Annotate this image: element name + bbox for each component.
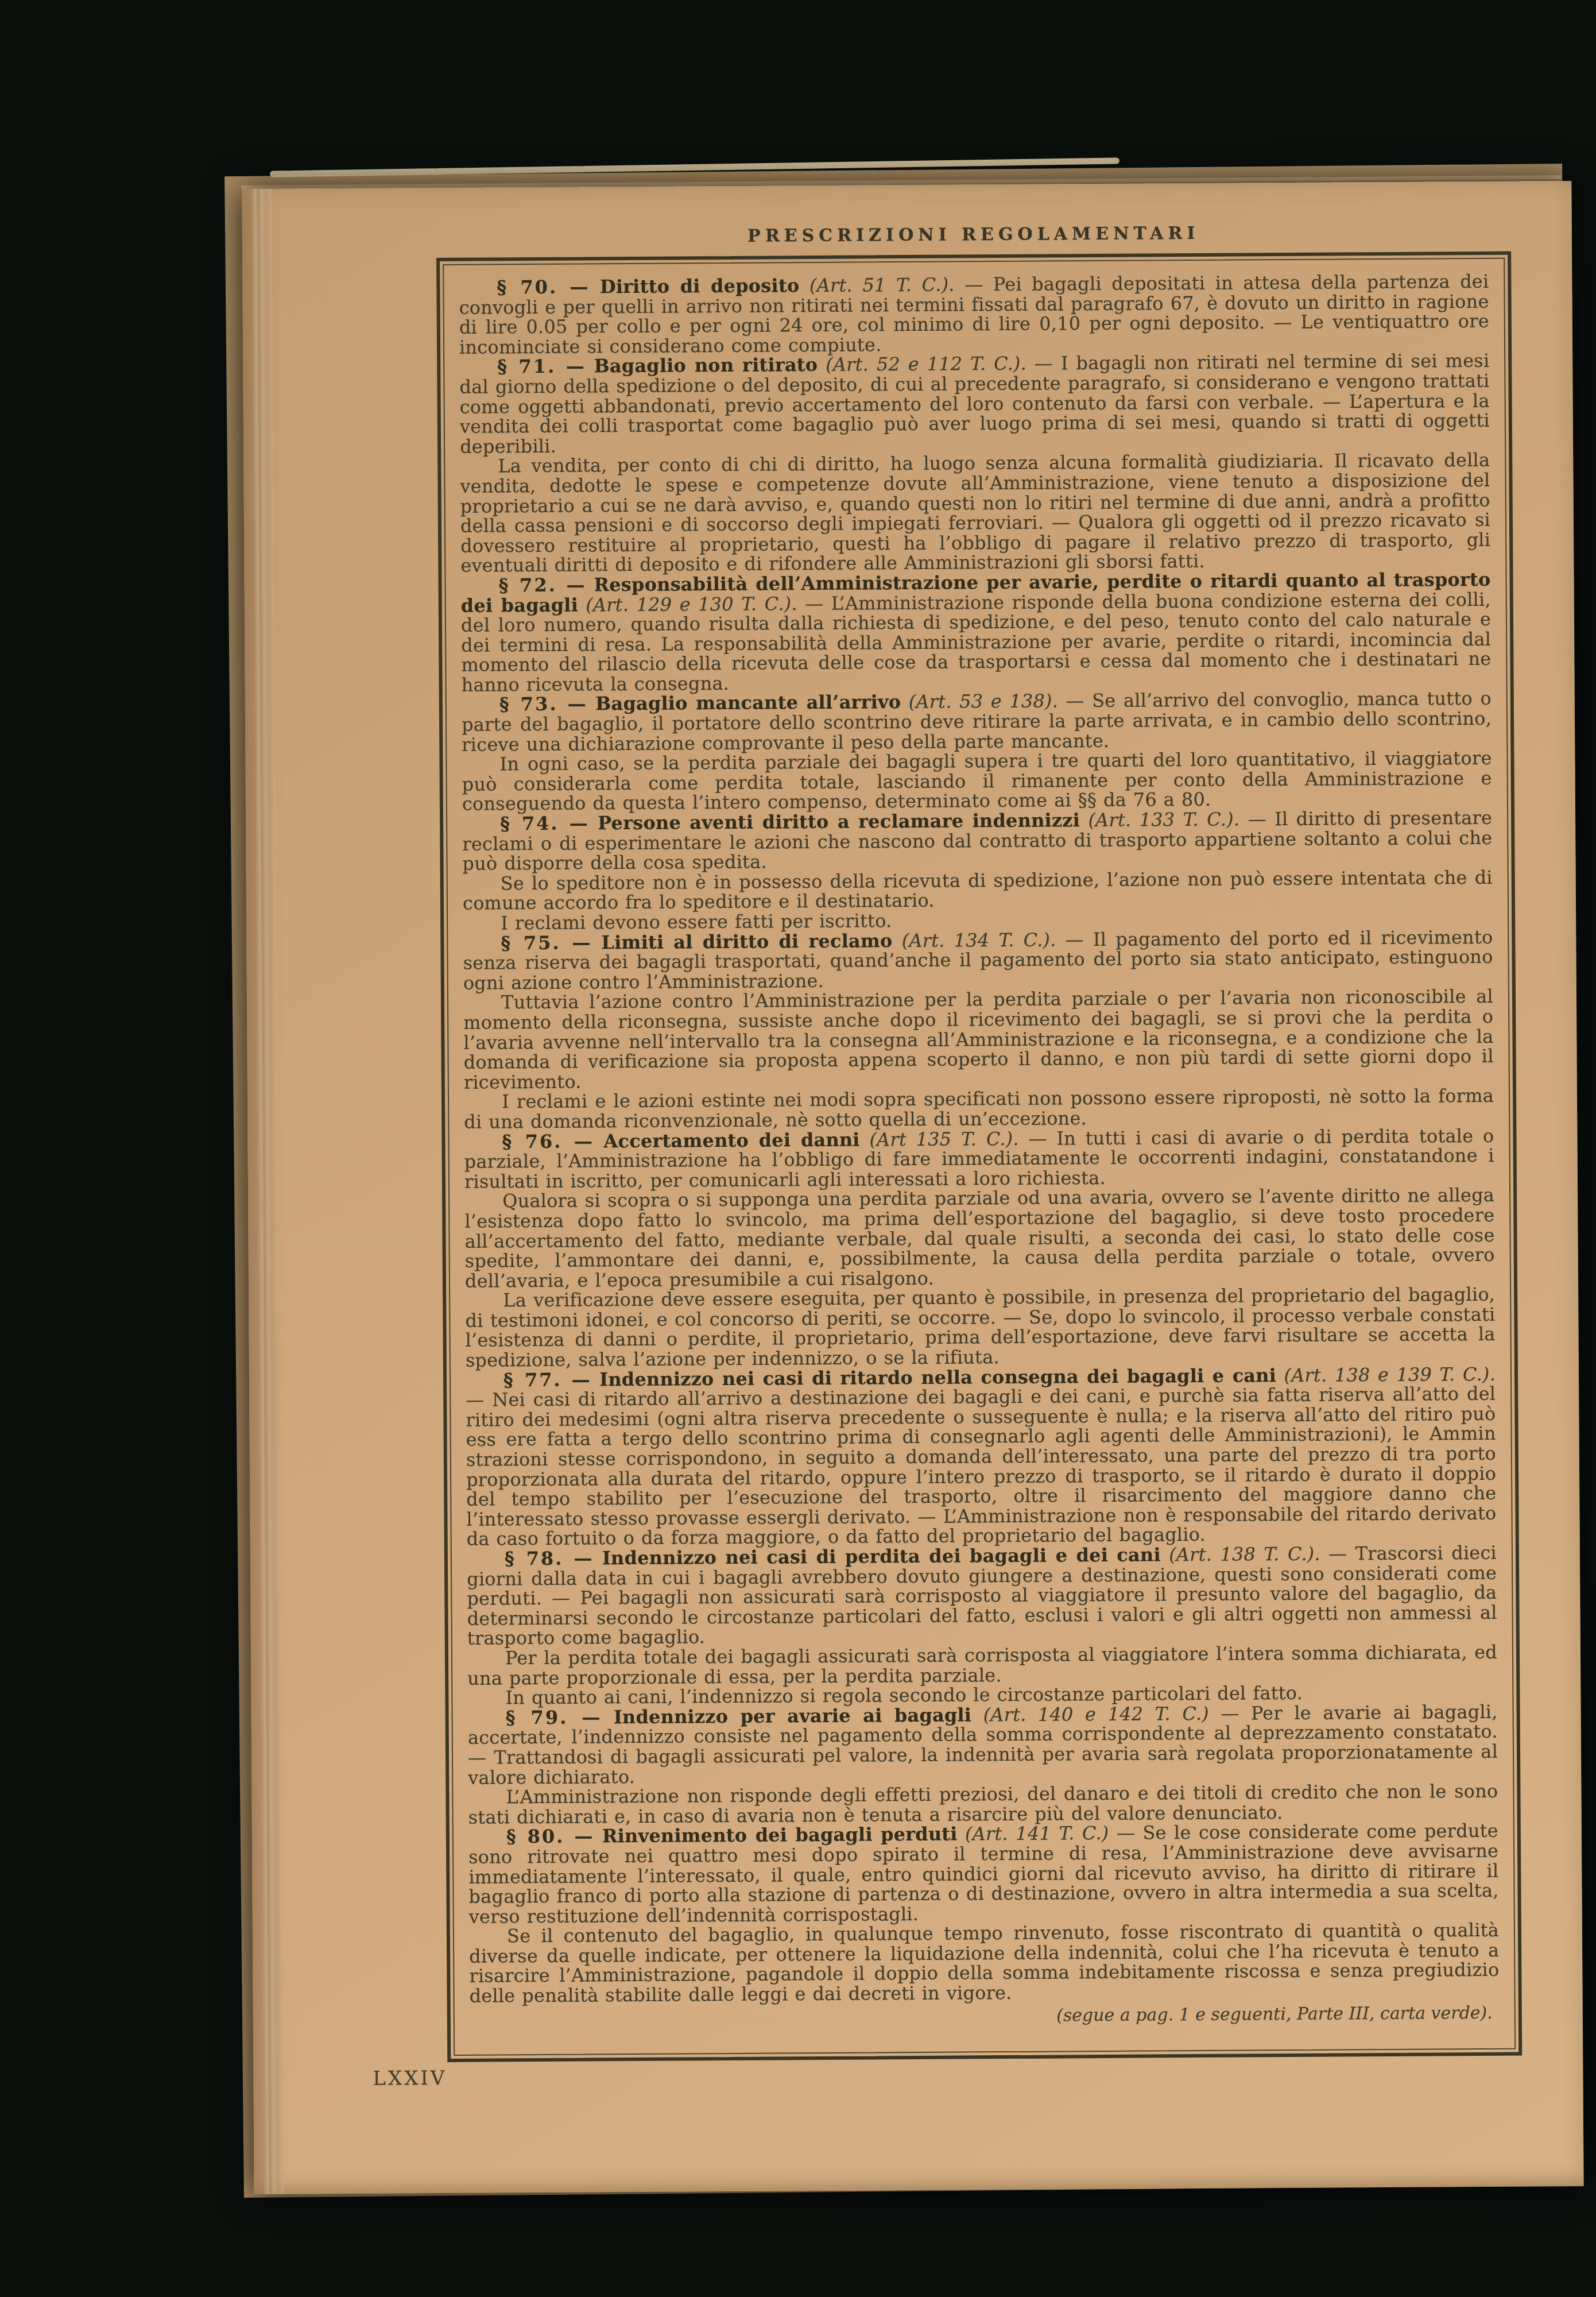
section-73-heading-paragraph: § 73. — Bagaglio mancante all’arrivo (Ar… <box>462 689 1492 755</box>
section-article-ref: (Art 135 T. C.). <box>869 1127 1019 1150</box>
section-79-heading-paragraph: § 79. — Indennizzo per avarie ai bagagli… <box>468 1702 1498 1788</box>
section-74-heading-paragraph: § 74. — Persone aventi diritto a reclama… <box>462 808 1493 874</box>
section-number: § 78. — <box>505 1547 594 1569</box>
section-71-heading-paragraph: § 71. — Bagaglio non ritirato (Art. 52 e… <box>459 351 1490 457</box>
section-paragraph: La verificazione deve essere eseguita, p… <box>465 1285 1496 1370</box>
section-article-ref: (Art. 53 e 138). <box>909 690 1058 713</box>
section-number: § 76. — <box>502 1130 594 1153</box>
section-70-heading-paragraph: § 70. — Diritto di deposito (Art. 51 T. … <box>459 272 1489 357</box>
section-number: § 79. — <box>506 1706 602 1728</box>
section-number: § 72. — <box>498 574 586 596</box>
page-header-title: PRESCRIZIONI REGOLAMENTARI <box>437 222 1510 248</box>
section-number: § 80. — <box>506 1826 595 1848</box>
section-number: § 71. — <box>497 355 586 378</box>
page-stack-edge <box>252 189 284 2194</box>
section-paragraph: Per la perdita totale dei bagagli assicu… <box>467 1642 1497 1688</box>
section-80-heading-paragraph: § 80. — Rinvenimento dei bagagli perduti… <box>468 1821 1499 1927</box>
section-article-ref: (Art. 134 T. C.). <box>902 929 1056 952</box>
section-text: — Nei casi di ritardo all’arrivo a desti… <box>466 1383 1496 1550</box>
continuation-note: (segue a pag. 1 e seguenti, Parte III, c… <box>1056 2003 1493 2026</box>
section-article-ref: (Art. 138 T. C.). <box>1169 1543 1320 1566</box>
page-number: LXXIV <box>373 2067 447 2090</box>
section-paragraph: In ogni caso, se la perdita parziale dei… <box>462 748 1492 814</box>
section-paragraph: La vendita, per conto di chi di diritto,… <box>460 450 1490 576</box>
section-number: § 73. — <box>499 693 588 716</box>
section-75-heading-paragraph: § 75. — Limiti al diritto di reclamo (Ar… <box>463 927 1493 993</box>
section-article-ref: (Art. 51 T. C.). <box>809 274 955 297</box>
section-number: § 74. — <box>500 812 590 834</box>
section-paragraph: Tuttavia l’azione contro l’Amministrazio… <box>463 987 1494 1092</box>
section-number: § 70. — <box>497 276 590 298</box>
section-72-heading-paragraph: § 72. — Responsabilità dell’Amministrazi… <box>460 570 1491 695</box>
section-paragraph: Qualora si scopra o si supponga una perd… <box>464 1185 1495 1291</box>
section-article-ref: (Art. 133 T. C.). <box>1088 809 1239 832</box>
section-77-heading-paragraph: § 77. — Indennizzo nei casi di ritardo n… <box>466 1364 1497 1549</box>
text-border-box: § 70. — Diritto di deposito (Art. 51 T. … <box>436 252 1522 2062</box>
section-number: § 77. — <box>503 1368 592 1391</box>
section-article-ref: (Art. 141 T. C.) <box>965 1822 1109 1845</box>
scanned-page: PRESCRIZIONI REGOLAMENTARI § 70. — Dirit… <box>242 181 1583 2194</box>
section-paragraph: Se lo speditore non è in possesso della … <box>463 868 1493 914</box>
section-76-heading-paragraph: § 76. — Accertamento dei danni (Art 135 … <box>464 1126 1494 1192</box>
section-78-heading-paragraph: § 78. — Indennizzo nei casi di perdita d… <box>467 1543 1497 1649</box>
section-paragraph: Se il contenuto del bagaglio, in qualunq… <box>469 1920 1500 2006</box>
text-border-box-inner: § 70. — Diritto di deposito (Art. 51 T. … <box>443 258 1516 2056</box>
section-number: § 75. — <box>501 931 592 954</box>
